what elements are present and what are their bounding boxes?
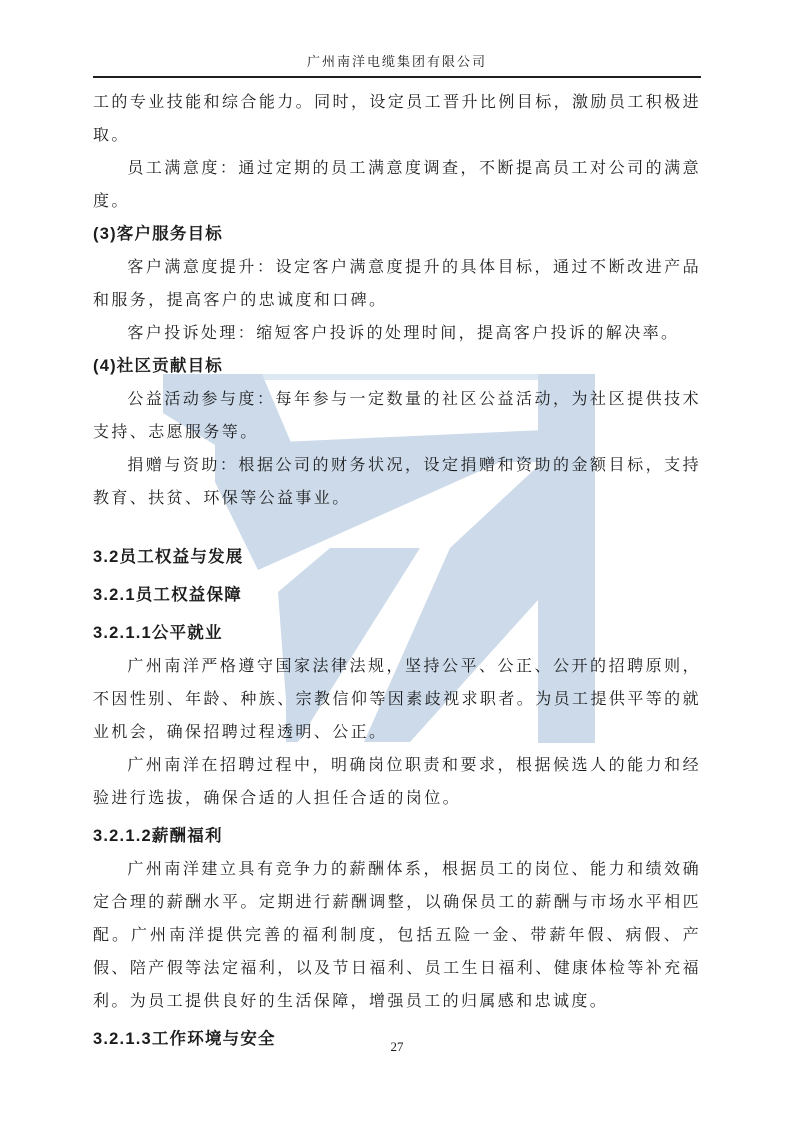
section-heading: 3.2.1.2薪酬福利 bbox=[93, 820, 701, 853]
section-heading: 3.2.1.1公平就业 bbox=[93, 617, 701, 650]
section-heading: (4)社区贡献目标 bbox=[93, 350, 701, 383]
paragraph: 广州南洋严格遵守国家法律法规，坚持公平、公正、公开的招聘原则，不因性别、年龄、种… bbox=[93, 650, 701, 749]
paragraph: 员工满意度：通过定期的员工满意度调查，不断提高员工对公司的满意度。 bbox=[93, 152, 701, 218]
section-heading: (3)客户服务目标 bbox=[93, 218, 701, 251]
paragraph: 公益活动参与度：每年参与一定数量的社区公益活动，为社区提供技术支持、志愿服务等。 bbox=[93, 383, 701, 449]
page-header-company-name: 广州南洋电缆集团有限公司 bbox=[93, 51, 701, 70]
paragraph: 广州南洋在招聘过程中，明确岗位职责和要求，根据候选人的能力和经验进行选拔，确保合… bbox=[93, 749, 701, 815]
paragraph: 捐赠与资助：根据公司的财务状况，设定捐赠和资助的金额目标，支持教育、扶贫、环保等… bbox=[93, 449, 701, 515]
page-number: 27 bbox=[0, 1039, 794, 1055]
header-rule bbox=[93, 76, 701, 78]
paragraph: 工的专业技能和综合能力。同时，设定员工晋升比例目标，激励员工积极进取。 bbox=[93, 86, 701, 152]
paragraph: 客户投诉处理：缩短客户投诉的处理时间，提高客户投诉的解决率。 bbox=[93, 317, 701, 350]
document-page: 广州南洋电缆集团有限公司 工的专业技能和综合能力。同时，设定员工晋升比例目标，激… bbox=[0, 0, 794, 1123]
paragraph: 客户满意度提升：设定客户满意度提升的具体目标，通过不断改进产品和服务，提高客户的… bbox=[93, 251, 701, 317]
document-content: 工的专业技能和综合能力。同时，设定员工晋升比例目标，激励员工积极进取。员工满意度… bbox=[93, 86, 701, 1056]
section-heading: 3.2员工权益与发展 bbox=[93, 541, 701, 574]
section-heading: 3.2.1员工权益保障 bbox=[93, 579, 701, 612]
paragraph: 广州南洋建立具有竞争力的薪酬体系，根据员工的岗位、能力和绩效确定合理的薪酬水平。… bbox=[93, 853, 701, 1018]
